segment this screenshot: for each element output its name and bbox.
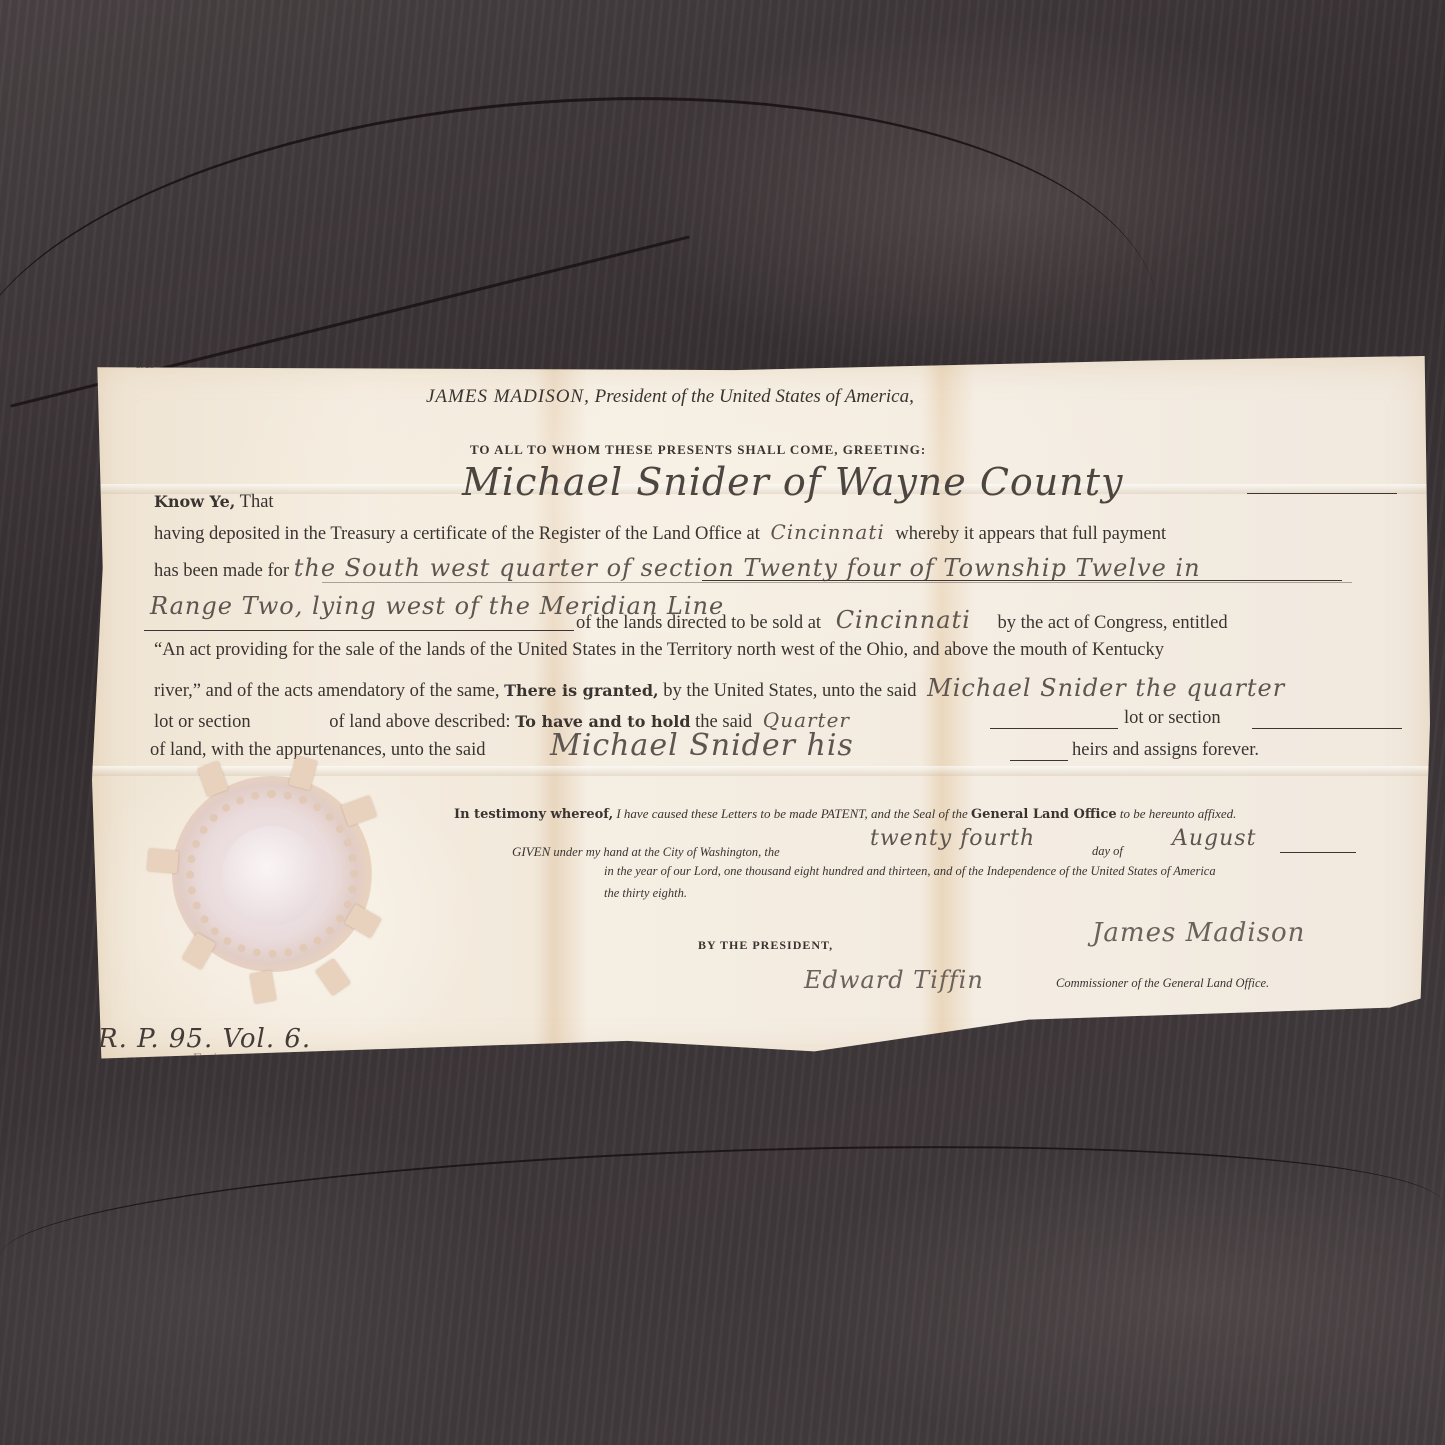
given-line-1: GIVEN under my hand at the City of Washi…: [512, 844, 780, 860]
body-line-7: river,” and of the acts amendatory of th…: [154, 674, 1285, 702]
seal-tab: [341, 796, 377, 827]
know-ye-line: Know Ye, That: [154, 492, 274, 513]
seal-emboss: [222, 826, 322, 926]
blank-line: [702, 580, 1342, 581]
embossed-paper-seal: [172, 776, 372, 972]
seal-tab: [182, 933, 216, 970]
body-line-8-end: lot or section: [1124, 708, 1221, 729]
commissioner-signature: Edward Tiffin: [804, 966, 984, 994]
grantee-handwritten-3: Michael Snider his: [550, 728, 854, 763]
seal-tab: [345, 904, 382, 938]
blank-line: [1280, 852, 1356, 853]
greeting-line: TO ALL TO WHOM THESE PRESENTS SHALL COME…: [470, 442, 926, 458]
blank-line: [144, 630, 574, 631]
grantee-handwritten-2: Michael Snider the quarter: [921, 674, 1285, 702]
commissioner-title: Commissioner of the General Land Office.: [1056, 976, 1269, 991]
day-of-label: day of: [1092, 844, 1123, 859]
body-line-9: of land, with the appurtenances, unto th…: [150, 740, 485, 761]
day-handwritten: twenty fourth: [870, 826, 1035, 851]
document-header: JAMES MADISON, President of the United S…: [426, 386, 914, 408]
grantee-handwritten: Michael Snider of Wayne County: [462, 460, 1124, 504]
body-line-5: of the lands directed to be sold at Cinc…: [576, 606, 1228, 634]
by-the-president-label: BY THE PRESIDENT,: [698, 938, 833, 953]
president-name: JAMES MADISON,: [426, 386, 590, 407]
blank-line: [990, 728, 1118, 729]
blank-line: [322, 582, 1352, 583]
blank-line: [1252, 728, 1402, 729]
blank-line: [1247, 493, 1397, 494]
body-line-2: having deposited in the Treasury a certi…: [154, 520, 1166, 545]
seal-tab: [250, 970, 277, 1003]
body-line-6: “An act providing for the sale of the la…: [154, 640, 1164, 661]
parcel-handwritten-1: the South west quarter of section Twenty…: [294, 554, 1201, 582]
land-patent-document: 2921 JAMES MADISON, President of the Uni…: [92, 356, 1430, 1062]
blank-line: [1010, 760, 1068, 761]
body-line-3: has been made for the South west quarter…: [154, 554, 1201, 582]
president-signature: James Madison: [1092, 918, 1305, 948]
recording-note: R. P. 95. Vol. 6.: [98, 1024, 311, 1054]
sale-place-handwritten: Cincinnati: [826, 606, 993, 634]
given-line-3: the thirty eighth.: [604, 886, 687, 901]
given-line-2: in the year of our Lord, one thousand ei…: [604, 864, 1216, 879]
seal-tab: [147, 849, 179, 874]
seal-tab: [315, 958, 350, 995]
month-handwritten: August: [1172, 826, 1256, 851]
testimony-line: In testimony whereof, I have caused thes…: [454, 806, 1236, 822]
body-line-9-end: heirs and assigns forever.: [1072, 740, 1259, 761]
wood-crack: [0, 1125, 1445, 1337]
land-office-handwritten: Cincinnati: [764, 520, 890, 544]
header-rest: President of the United States of Americ…: [595, 386, 914, 407]
